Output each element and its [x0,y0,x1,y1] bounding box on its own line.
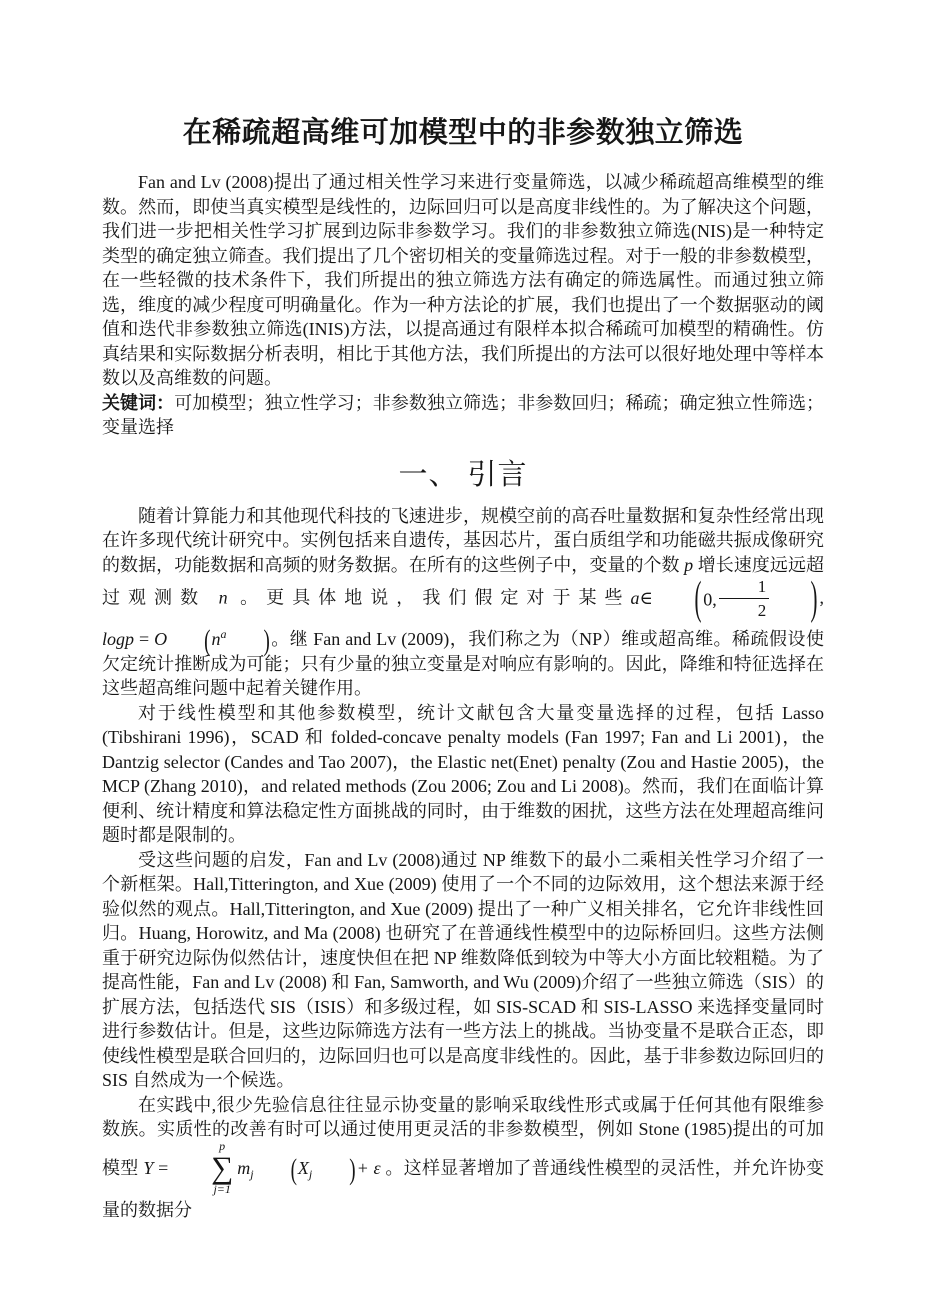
p3-text: 受这些问题的启发，Fan and Lv (2008)通过 NP 维数下的最小二乘… [102,850,824,1091]
fraction-one-half: 12 [719,576,770,621]
section-heading-introduction: 一、 引言 [102,456,824,494]
math-var-p: p [684,555,693,575]
math-interval-formula: a∈(0,12) [631,588,820,608]
sigma-glyph: ∑ [175,1153,233,1183]
math-var-Y: Y [143,1158,153,1178]
equals-sign-2: = [153,1158,173,1178]
math-superscript-a: a [220,627,226,641]
math-additive-model-formula: Y = p∑j=1mj(Xj)+ ε [143,1158,380,1178]
abstract-paragraph: Fan and Lv (2008)提出了通过相关性学习来进行变量筛选，以减少稀疏… [102,170,824,391]
keywords-paragraph: 关键词：可加模型；独立性学习；非参数独立筛选；非参数回归；稀疏；确定独立性筛选；… [102,391,824,440]
keywords-text: 可加模型；独立性学习；非参数独立筛选；非参数回归；稀疏；确定独立性筛选；变量选择 [102,393,824,438]
math-subscript-j2: j [309,1167,312,1181]
math-var-m: m [237,1158,250,1178]
fraction-numerator: 1 [719,576,770,599]
intro-paragraph-2: 对于线性模型和其他参数模型，统计文献包含大量变量选择的过程，包括 Lasso (… [102,701,824,848]
math-var-X: X [298,1158,309,1178]
close-paren-mid-2: ) [313,1155,355,1184]
intro-paragraph-4: 在实践中,很少先验信息往往显示协变量的影响采取线性形式或属于任何其他有限维参数族… [102,1093,824,1223]
sum-lower-limit: j=1 [177,1183,230,1196]
p1-text-3: 。更具体地说，我们假定对于某些 [228,588,631,608]
math-logp: logp [102,629,134,649]
keywords-label: 关键词： [102,393,174,413]
fraction-denominator: 2 [719,599,770,621]
math-subscript-j: j [250,1167,253,1181]
equals-sign: = [134,629,154,649]
intro-paragraph-3: 受这些问题的启发，Fan and Lv (2008)通过 NP 维数下的最小二乘… [102,848,824,1093]
math-plus-epsilon: + ε [357,1158,381,1178]
math-logp-formula: logp = O(na) [102,629,271,649]
summation-symbol: p∑j=1 [175,1140,233,1196]
p1-comma: , [820,588,825,608]
paper-title: 在稀疏超高维可加模型中的非参数独立筛选 [102,114,824,152]
math-big-O: O [154,629,167,649]
close-paren-big: ) [771,576,818,623]
close-paren-mid: ) [227,627,269,656]
intro-paragraph-1: 随着计算能力和其他现代科技的飞速进步，规模空前的高吞吐量数据和复杂性经常出现在许… [102,504,824,701]
open-paren-mid-2: ( [255,1155,297,1184]
element-of-symbol: ∈ [640,588,653,608]
document-page: 在稀疏超高维可加模型中的非参数独立筛选 Fan and Lv (2008)提出了… [0,0,926,1309]
p2-text: 对于线性模型和其他参数模型，统计文献包含大量变量选择的过程，包括 Lasso (… [102,703,824,846]
open-paren-mid: ( [168,627,210,656]
open-paren-big: ( [655,576,702,623]
math-var-n: n [219,588,228,608]
abstract-text: Fan and Lv (2008)提出了通过相关性学习来进行变量筛选，以减少稀疏… [102,172,824,388]
interval-lower: 0, [703,589,717,609]
math-var-a: a [631,588,640,608]
